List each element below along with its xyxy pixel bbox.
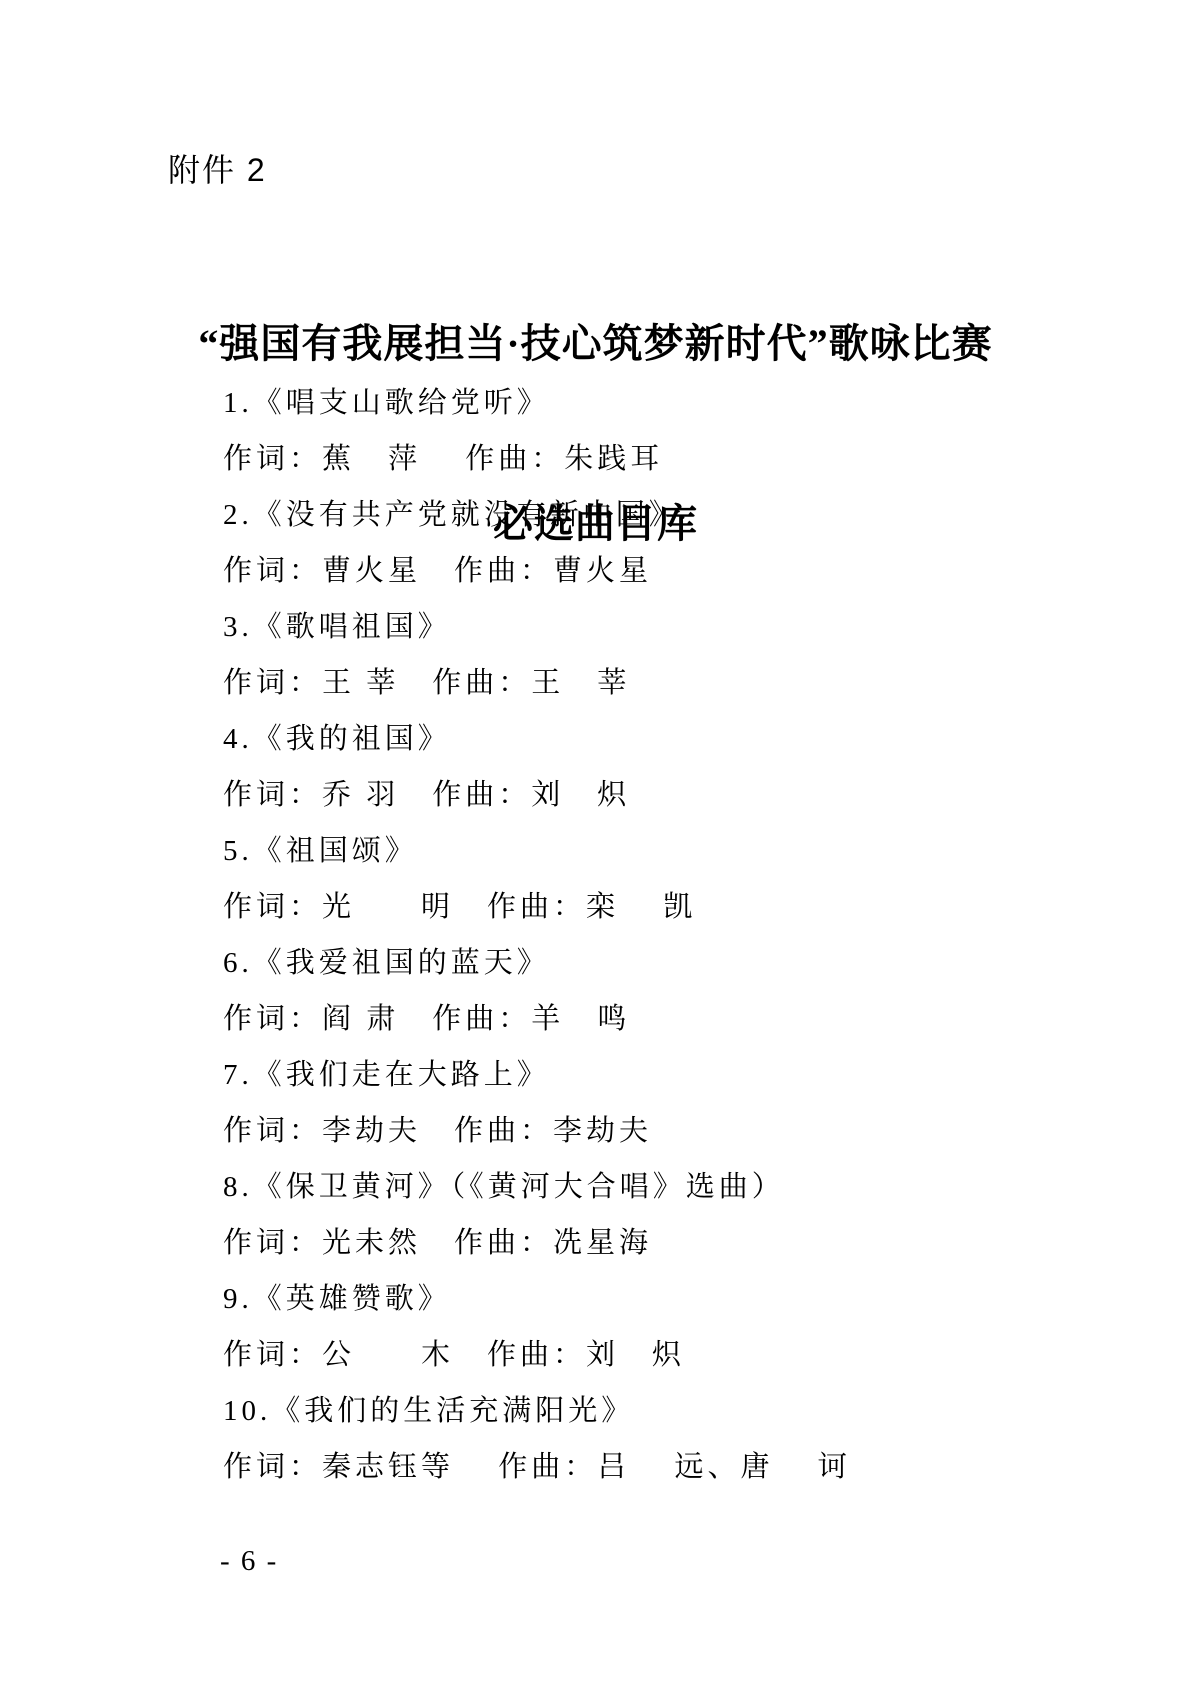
song-item-credits: 作词：光 明 作曲：栾 凯 <box>223 879 1083 935</box>
attachment-label: 附件 2 <box>168 150 267 190</box>
song-item-title: 7.《我们走在大路上》 <box>223 1047 1083 1103</box>
song-item-credits: 作词：李劫夫 作曲：李劫夫 <box>223 1103 1083 1159</box>
song-item-title: 5.《祖国颂》 <box>223 823 1083 879</box>
document-page: 附件 2 “强国有我展担当·技心筑梦新时代”歌咏比赛 必选曲目库 1.《唱支山歌… <box>0 0 1191 1684</box>
song-item-credits: 作词：王 莘 作曲：王 莘 <box>223 655 1083 711</box>
song-item-title: 1.《唱支山歌给党听》 <box>223 375 1083 431</box>
song-item-credits: 作词：曹火星 作曲：曹火星 <box>223 543 1083 599</box>
title-line-1: “强国有我展担当·技心筑梦新时代”歌咏比赛 <box>0 314 1191 374</box>
page-number: - 6 - <box>220 1544 278 1578</box>
song-item-credits: 作词：阎 肃 作曲：羊 鸣 <box>223 991 1083 1047</box>
song-item-credits: 作词：蕉 萍 作曲：朱践耳 <box>223 431 1083 487</box>
song-item-title: 8.《保卫黄河》（《黄河大合唱》选曲） <box>223 1159 1083 1215</box>
song-item-title: 6.《我爱祖国的蓝天》 <box>223 935 1083 991</box>
song-item-title: 9.《英雄赞歌》 <box>223 1271 1083 1327</box>
song-item-title: 10.《我们的生活充满阳光》 <box>223 1383 1083 1439</box>
song-item-title: 2.《没有共产党就没有新中国》 <box>223 487 1083 543</box>
song-item-credits: 作词：光未然 作曲：冼星海 <box>223 1215 1083 1271</box>
song-item-credits: 作词：秦志钰等 作曲：吕 远、唐 诃 <box>223 1439 1083 1495</box>
song-item-credits: 作词：公 木 作曲：刘 炽 <box>223 1327 1083 1383</box>
song-item-title: 4.《我的祖国》 <box>223 711 1083 767</box>
song-list: 1.《唱支山歌给党听》作词：蕉 萍 作曲：朱践耳2.《没有共产党就没有新中国》作… <box>223 375 1083 1495</box>
song-item-credits: 作词：乔 羽 作曲：刘 炽 <box>223 767 1083 823</box>
song-item-title: 3.《歌唱祖国》 <box>223 599 1083 655</box>
